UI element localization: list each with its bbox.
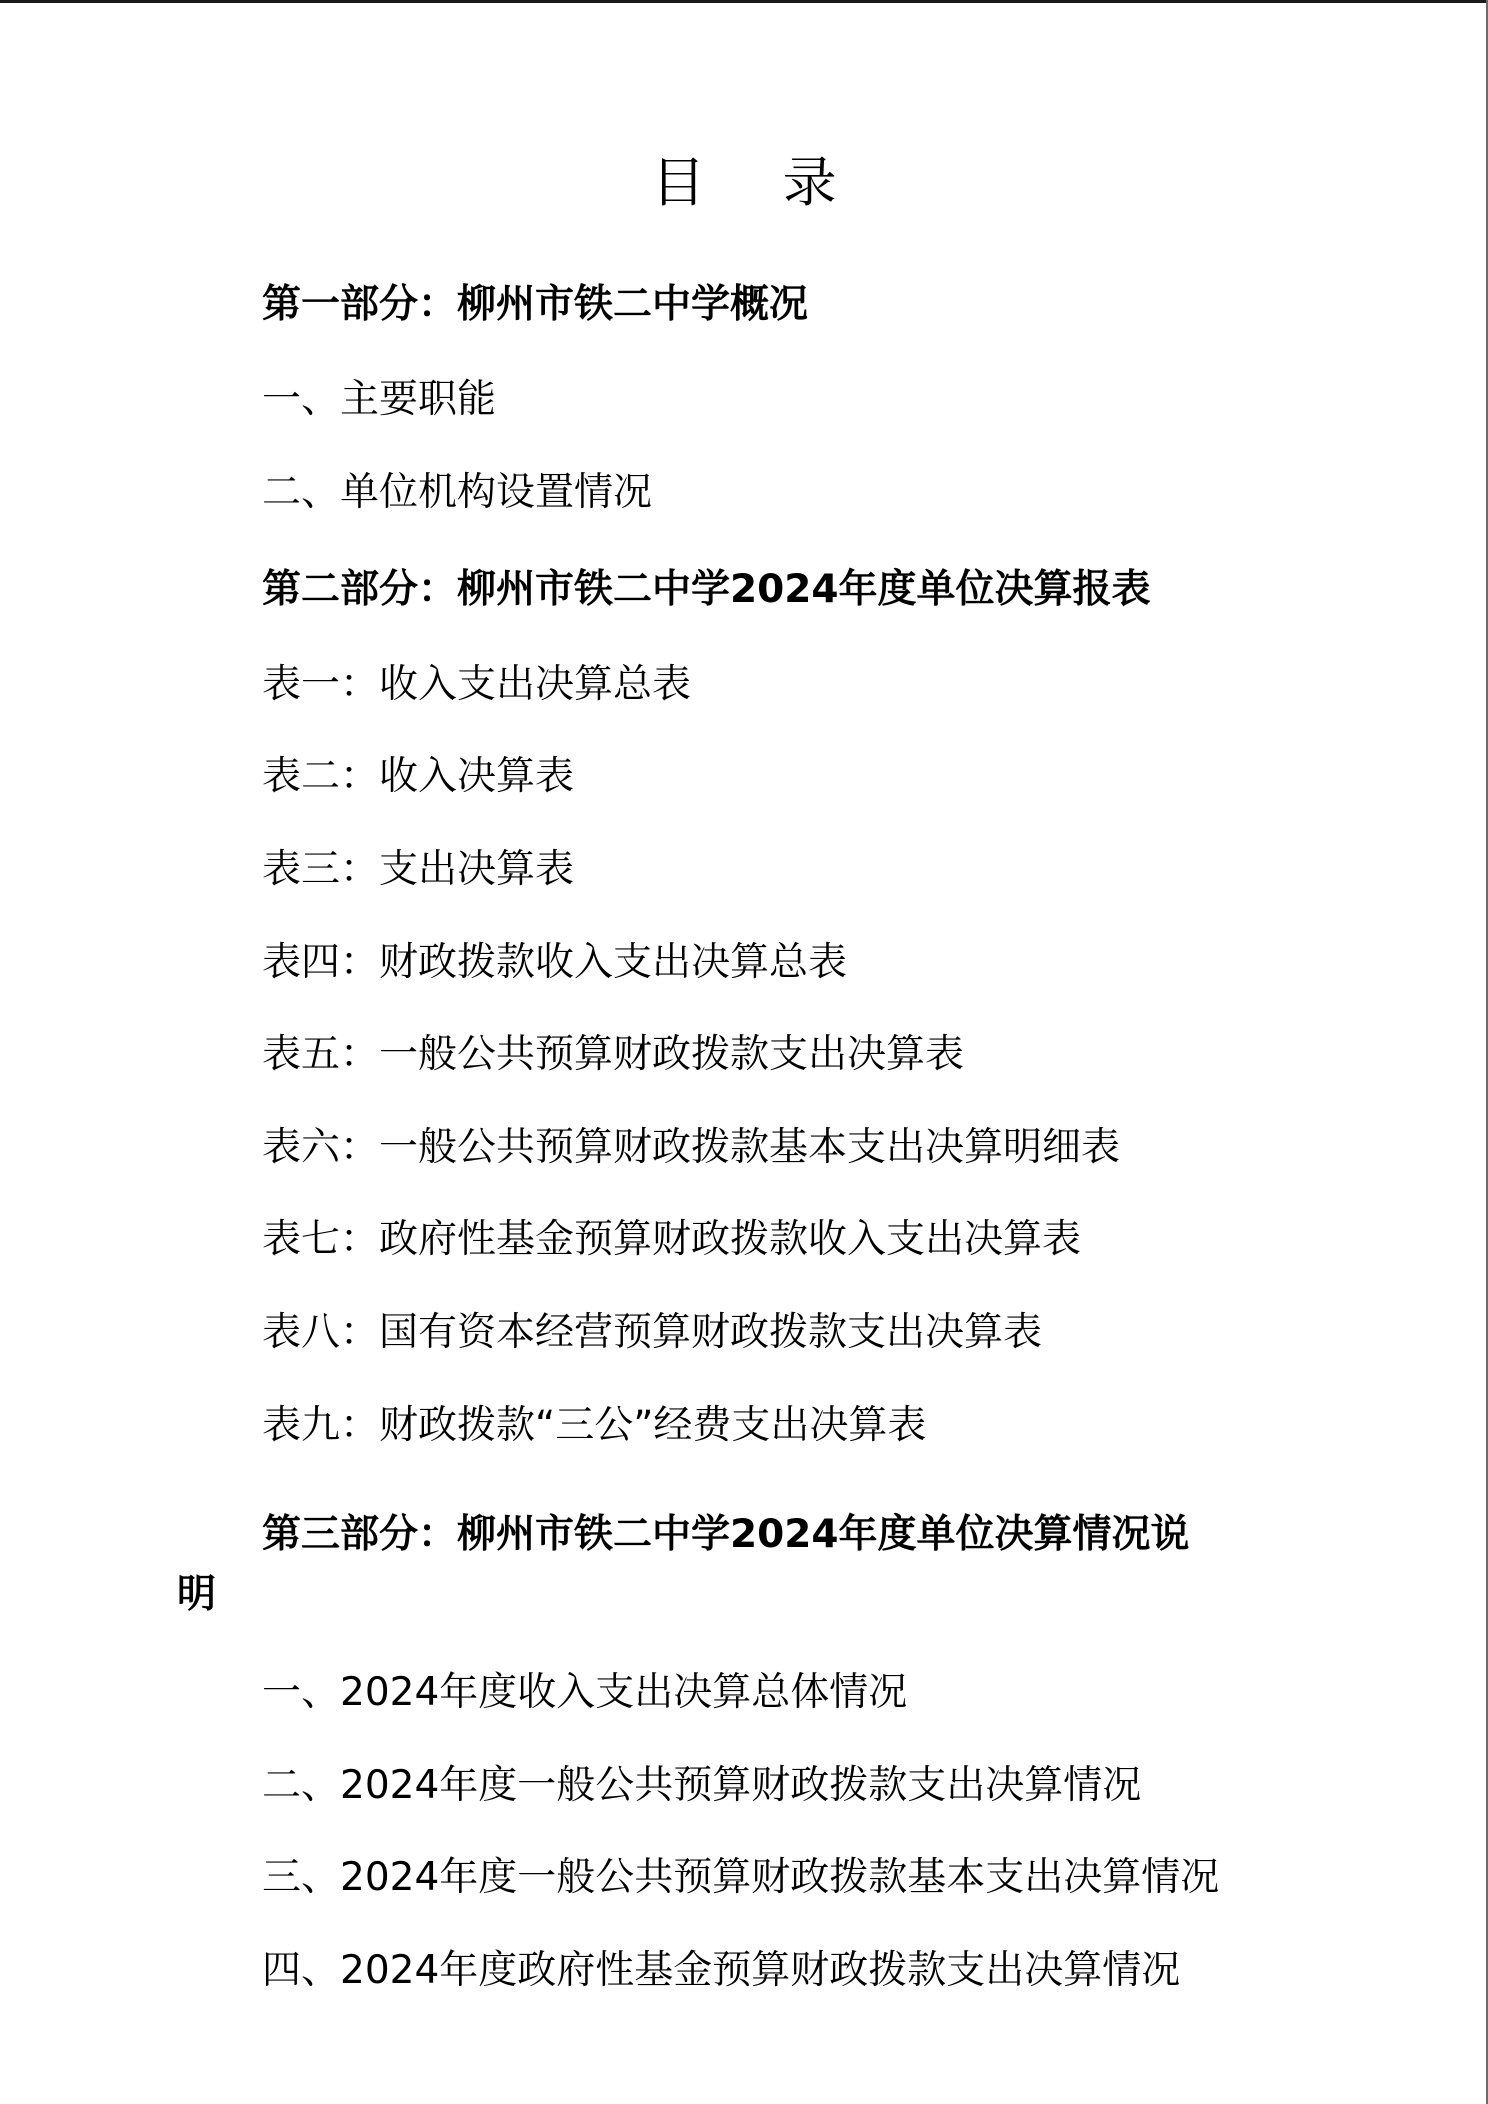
toc-part2-heading: 第二部分：柳州市铁二中学2024年度单位决算报表	[262, 565, 1151, 615]
toc-item: 表八：国有资本经营预算财政拨款支出决算表	[262, 1308, 1042, 1358]
toc-item: 表二：收入决算表	[262, 752, 574, 802]
toc-item: 表五：一般公共预算财政拨款支出决算表	[262, 1030, 964, 1080]
toc-item: 表四：财政拨款收入支出决算总表	[262, 938, 847, 988]
toc-part1-heading: 第一部分：柳州市铁二中学概况	[262, 280, 808, 330]
toc-item: 一、主要职能	[262, 375, 496, 425]
toc-item: 二、单位机构设置情况	[262, 468, 652, 518]
toc-item: 一、2024年度收入支出决算总体情况	[262, 1668, 907, 1718]
toc-item: 表一：收入支出决算总表	[262, 660, 691, 710]
toc-part3-heading-wrap: 明	[177, 1570, 216, 1620]
toc-item: 二、2024年度一般公共预算财政拨款支出决算情况	[262, 1761, 1141, 1811]
toc-item: 三、2024年度一般公共预算财政拨款基本支出决算情况	[262, 1853, 1219, 1903]
toc-item: 表九：财政拨款“三公”经费支出决算表	[262, 1401, 926, 1451]
toc-part3-heading: 第三部分：柳州市铁二中学2024年度单位决算情况说	[262, 1510, 1190, 1560]
toc-item: 四、2024年度政府性基金预算财政拨款支出决算情况	[262, 1946, 1180, 1996]
page-title: 目 录	[0, 148, 1488, 218]
toc-item: 表三：支出决算表	[262, 845, 574, 895]
toc-item: 表七：政府性基金预算财政拨款收入支出决算表	[262, 1215, 1081, 1265]
toc-item: 表六：一般公共预算财政拨款基本支出决算明细表	[262, 1123, 1120, 1173]
page-top-border	[0, 0, 1488, 3]
